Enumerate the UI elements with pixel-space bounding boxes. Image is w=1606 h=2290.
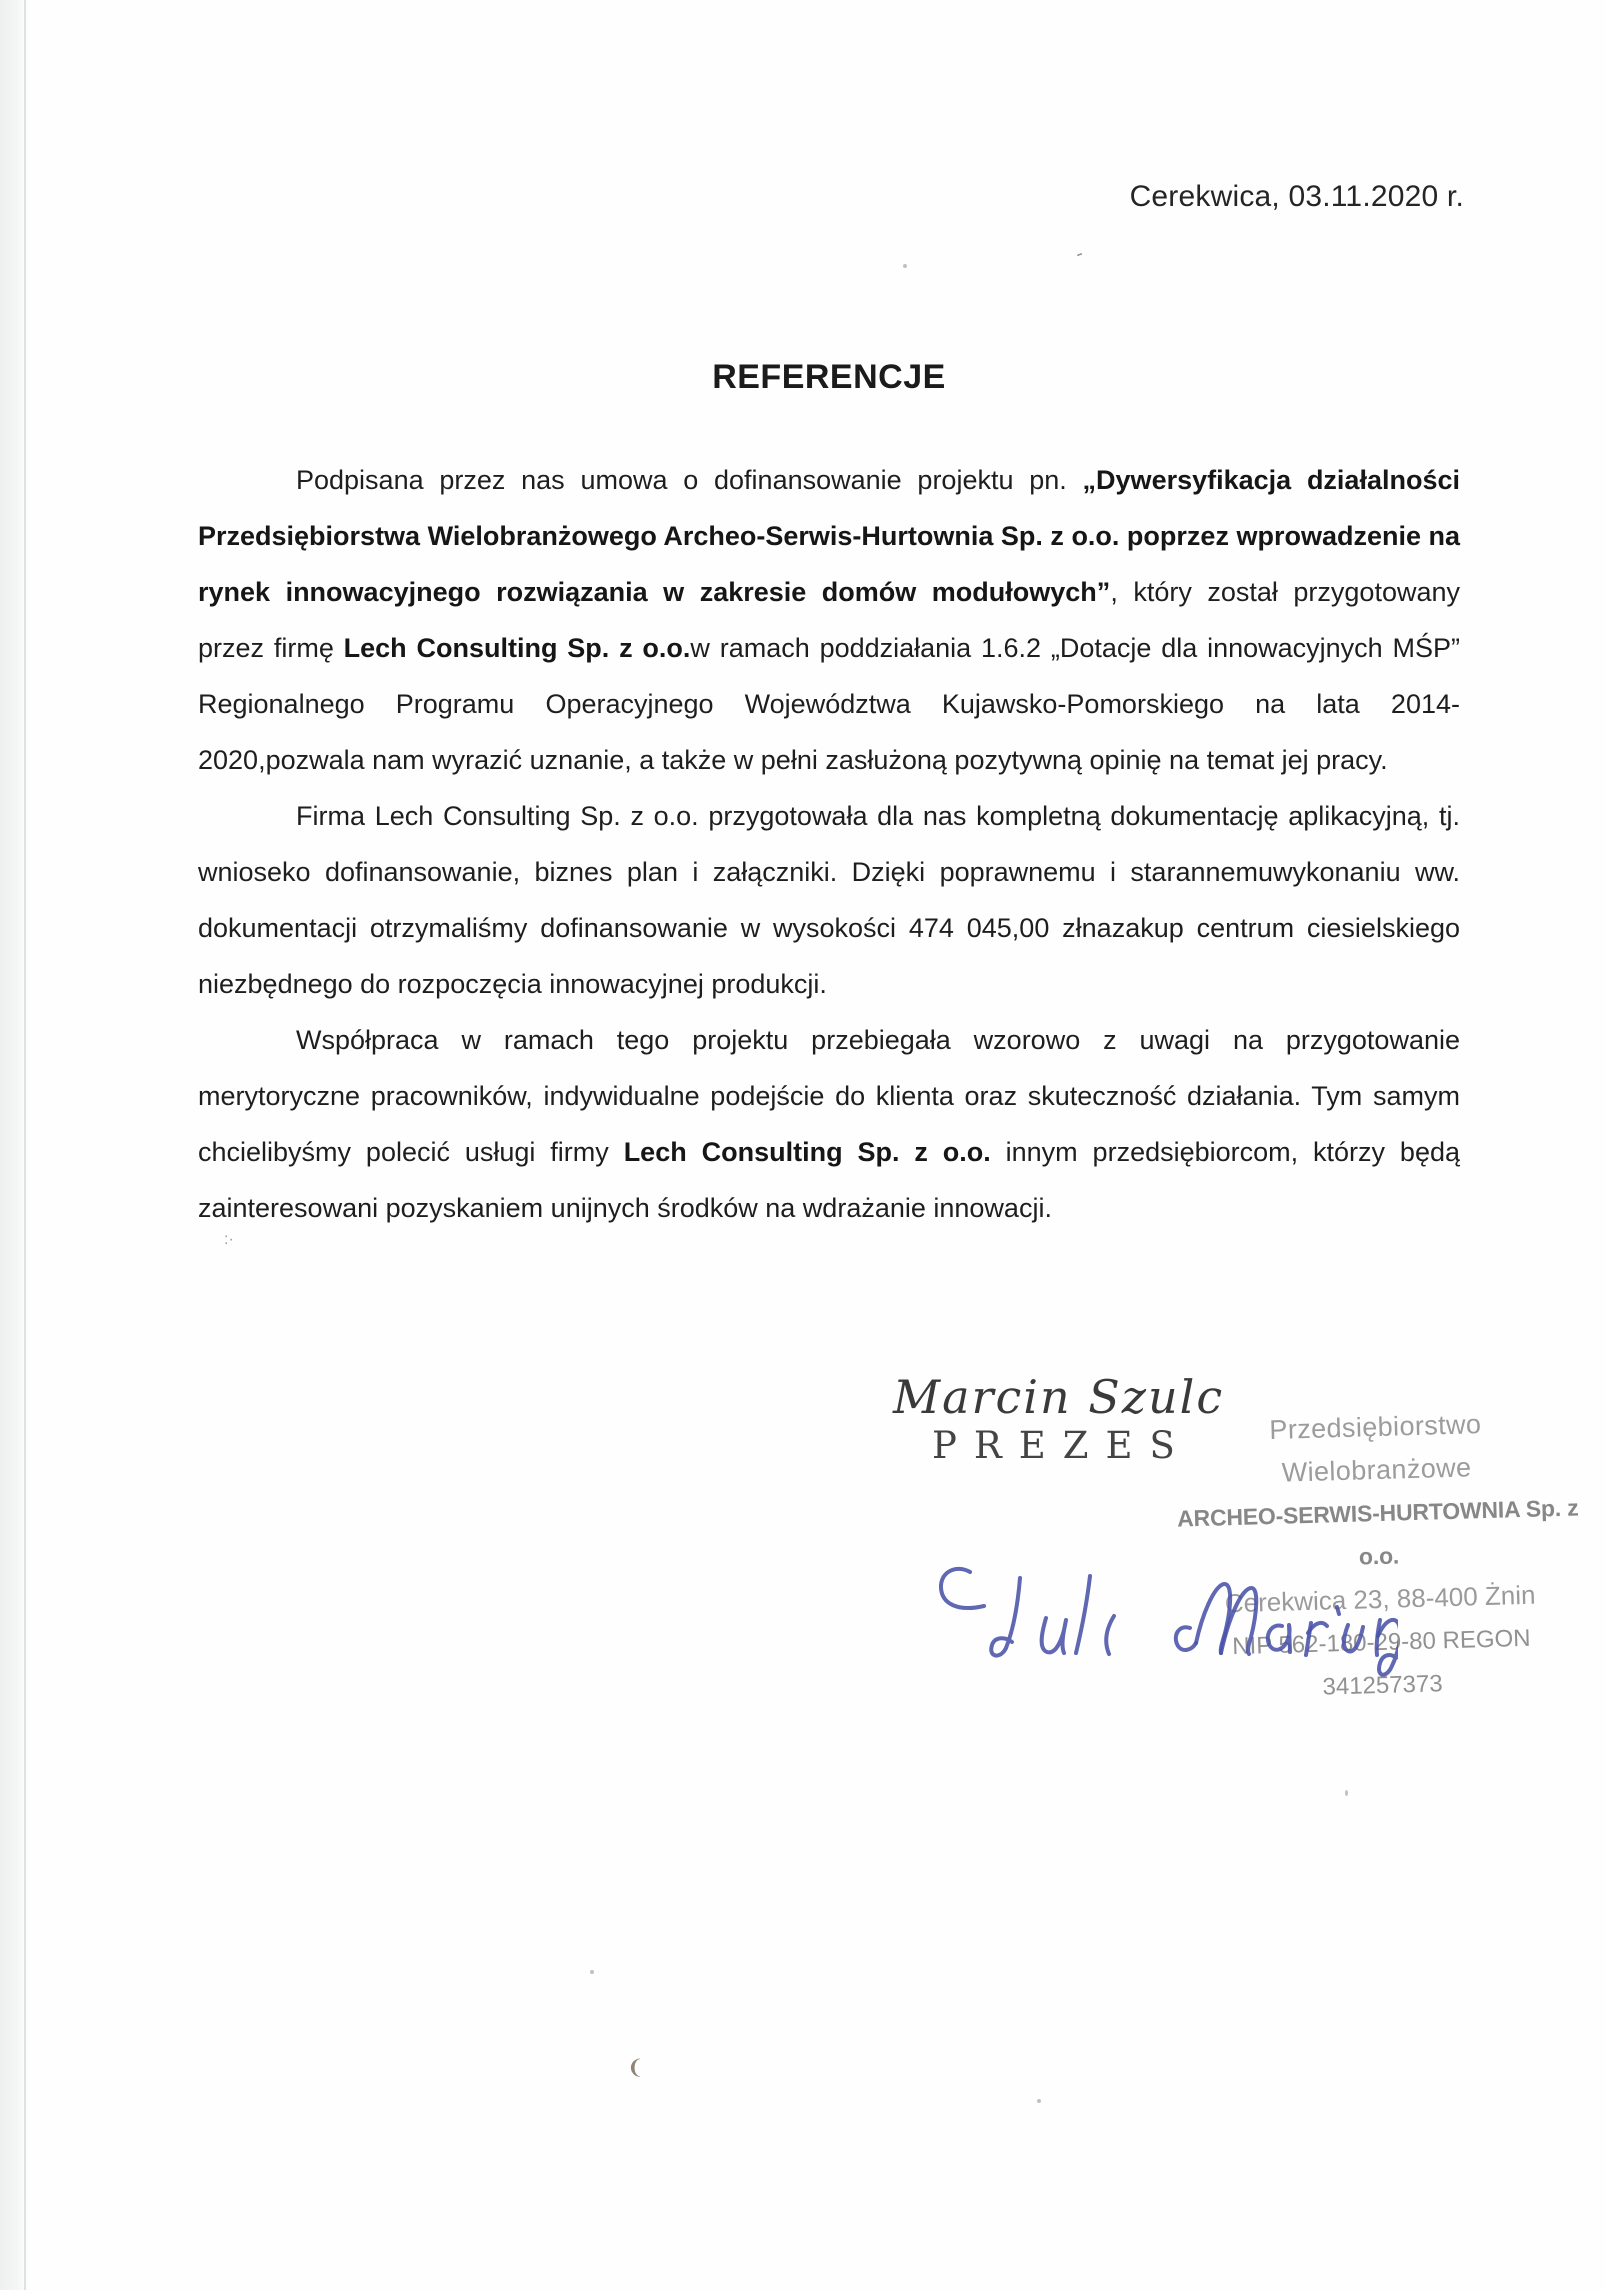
scan-artifact [1345,1790,1348,1796]
signatory-role: PREZES [932,1424,1192,1467]
scan-artifact: ❨ [627,2058,644,2078]
scan-artifact: :· [224,1232,234,1248]
scanned-letter-page: Cerekwica, 03.11.2020 r. REFERENCJE Podp… [0,0,1606,2290]
bold-text-run: Lech Consulting Sp. z o.o. [344,633,691,663]
date-line: Cerekwica, 03.11.2020 r. [1130,180,1464,214]
text-run: Firma Lech Consulting Sp. z o.o. przygot… [198,801,1460,999]
letter-body: Podpisana przez nas umowa o dofinansowan… [198,452,1460,1236]
paragraph: Podpisana przez nas umowa o dofinansowan… [198,452,1460,788]
paragraph: Firma Lech Consulting Sp. z o.o. przygot… [198,788,1460,1012]
bold-text-run: Lech Consulting Sp. z o.o. [624,1137,991,1167]
text-run: Podpisana przez nas umowa o dofinansowan… [296,465,1083,495]
paragraph: Współpraca w ramach tego projektu przebi… [198,1012,1460,1236]
scan-artifact [903,264,907,268]
scan-left-edge [0,0,30,2290]
letter-title: REFERENCJE [198,358,1460,397]
scan-artifact: - [1073,243,1086,264]
handwritten-signature [928,1560,1398,1710]
scan-artifact [590,1970,594,1974]
scan-artifact [1037,2099,1041,2103]
stamp-company-type: Przedsiębiorstwo Wielobranżowe [1174,1400,1578,1497]
